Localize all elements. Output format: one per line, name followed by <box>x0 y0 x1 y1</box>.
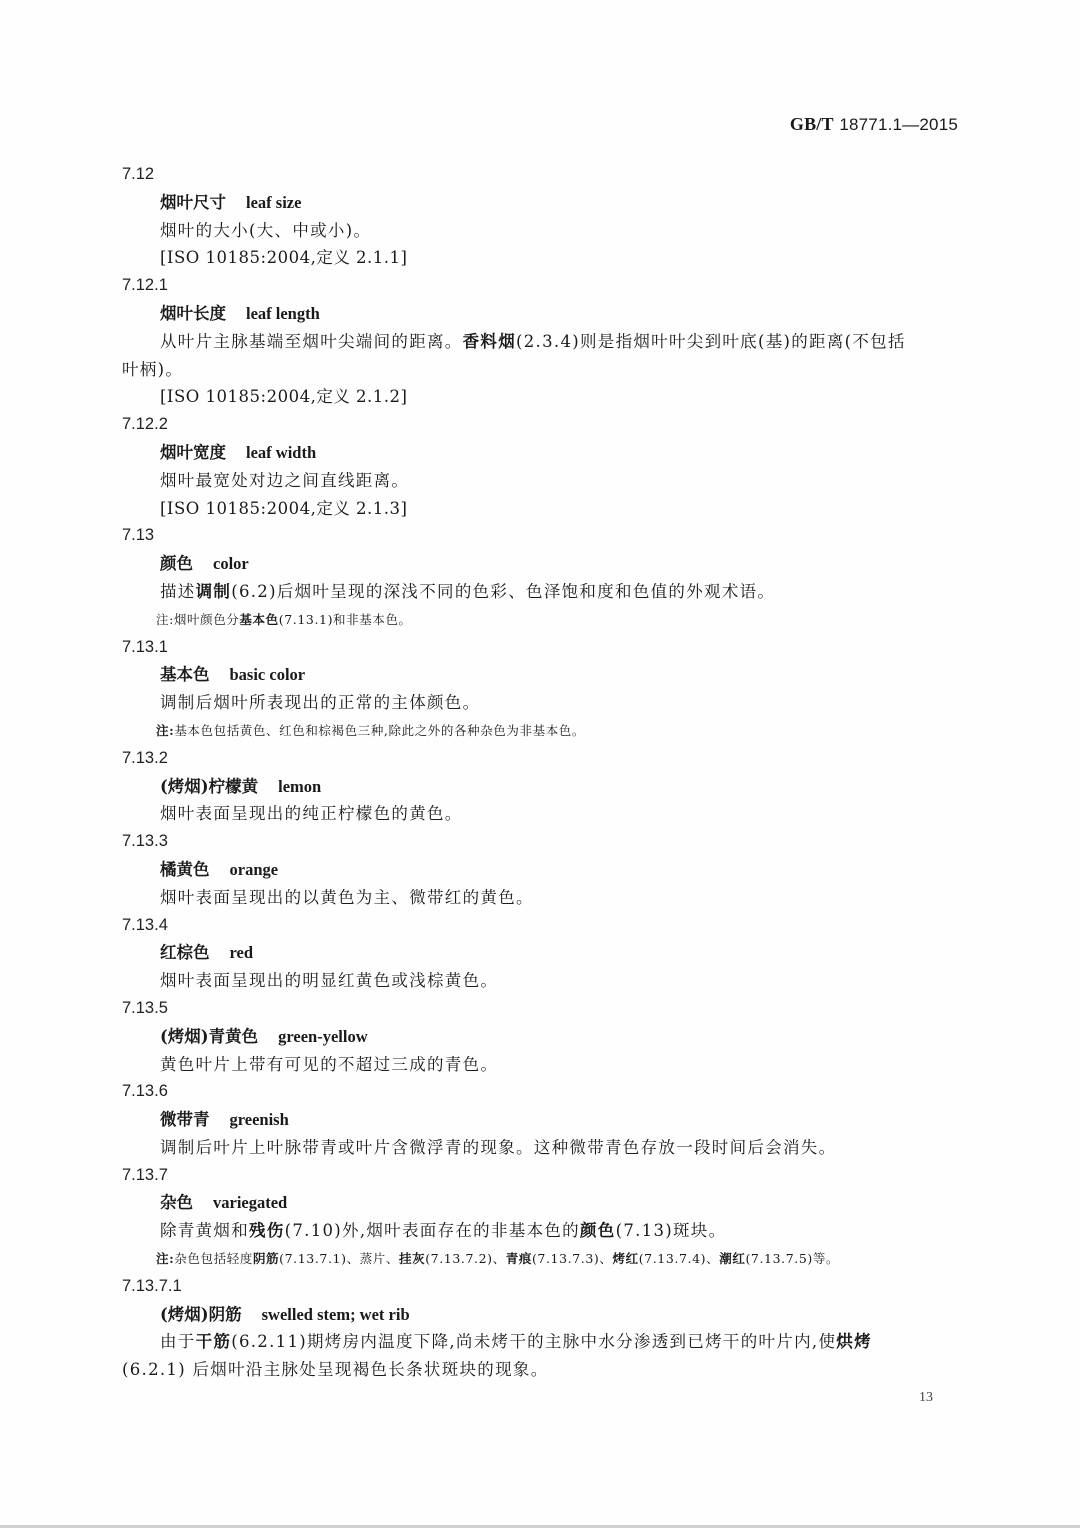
term-zh: 颜色 <box>160 554 193 573</box>
term-zh: 杂色 <box>160 1193 193 1212</box>
term-heading: (烤烟)青黄色green-yellow <box>122 1023 958 1051</box>
definition: 从叶片主脉基端至烟叶尖端间的距离。香料烟(2.3.4)则是指烟叶叶尖到叶底(基)… <box>122 328 958 356</box>
term-en: variegated <box>213 1193 287 1212</box>
term-heading: 微带青greenish <box>122 1106 958 1134</box>
definition-text: (7.13)斑块。 <box>616 1221 727 1240</box>
term-heading: 橘黄色orange <box>122 856 958 884</box>
cross-reference-term: 烤红 <box>612 1251 638 1266</box>
definition-text: (6.2.11)期烤房内温度下降,尚未烤干的主脉中水分渗透到已烤干的叶片内,使 <box>231 1332 836 1351</box>
cross-reference-term: 香料烟 <box>463 332 516 351</box>
term-heading: 基本色basic color <box>122 661 958 689</box>
definition-continuation: 叶柄)。 <box>122 356 958 384</box>
definition: 烟叶表面呈现出的明显红黄色或浅棕黄色。 <box>122 967 958 995</box>
definition-text: 除青黄烟和 <box>160 1221 249 1240</box>
term-heading: 烟叶尺寸leaf size <box>122 189 958 217</box>
definition-text: 从叶片主脉基端至烟叶尖端间的距离。 <box>160 332 463 351</box>
note-text: (7.13.7.5)等。 <box>745 1251 839 1266</box>
standard-prefix: GB/T <box>790 114 834 134</box>
term-en: leaf width <box>246 443 316 462</box>
definition-text: 描述 <box>160 582 196 601</box>
note-label: 注: <box>156 1251 174 1266</box>
term-heading: (烤烟)柠檬黄lemon <box>122 773 958 801</box>
source-reference: [ISO 10185:2004,定义 2.1.1] <box>122 244 958 272</box>
term-zh: 橘黄色 <box>160 860 210 879</box>
definition: 烟叶最宽处对边之间直线距离。 <box>122 467 958 495</box>
section-number: 7.13.2 <box>122 745 958 773</box>
cross-reference-term: 颜色 <box>580 1221 616 1240</box>
source-reference: [ISO 10185:2004,定义 2.1.2] <box>122 383 958 411</box>
cross-reference-term: 阴筋 <box>253 1251 279 1266</box>
section-number: 7.13.7 <box>122 1162 958 1190</box>
standard-number: 18771.1—2015 <box>839 115 958 134</box>
section-number: 7.12.2 <box>122 411 958 439</box>
section-number: 7.13.6 <box>122 1078 958 1106</box>
section-number: 7.13.5 <box>122 995 958 1023</box>
term-heading: (烤烟)阴筋swelled stem; wet rib <box>122 1301 958 1329</box>
section-number: 7.12.1 <box>122 272 958 300</box>
term-zh: 基本色 <box>160 665 210 684</box>
note-text: 基本色包括黄色、红色和棕褐色三种,除此之外的各种杂色为非基本色。 <box>174 723 585 738</box>
term-heading: 红棕色red <box>122 939 958 967</box>
cross-reference-term: 烘烤 <box>836 1332 872 1351</box>
term-zh: 烟叶宽度 <box>160 443 226 462</box>
cross-reference-term: 干筋 <box>196 1332 232 1351</box>
term-en: leaf size <box>246 193 301 212</box>
note-text: (7.13.7.4)、 <box>639 1251 720 1266</box>
definition-text: 由于 <box>160 1332 196 1351</box>
term-en: basic color <box>230 665 306 684</box>
term-zh: (烤烟)阴筋 <box>160 1305 242 1324</box>
term-en: leaf length <box>246 304 320 323</box>
term-heading: 烟叶长度leaf length <box>122 300 958 328</box>
note-text: 注:烟叶颜色分 <box>156 612 239 627</box>
note: 注:杂色包括轻度阴筋(7.13.7.1)、蒸片、挂灰(7.13.7.2)、青痕(… <box>122 1245 958 1273</box>
term-en: color <box>213 554 249 573</box>
cross-reference-term: 基本色 <box>239 612 278 627</box>
document-page: GB/T 18771.1—2015 7.12 烟叶尺寸leaf size 烟叶的… <box>0 0 1080 1525</box>
section-number: 7.13.4 <box>122 912 958 940</box>
term-zh: 红棕色 <box>160 943 210 962</box>
definition: 烟叶表面呈现出的以黄色为主、微带红的黄色。 <box>122 884 958 912</box>
term-zh: 烟叶尺寸 <box>160 193 226 212</box>
definition-text: (7.10)外,烟叶表面存在的非基本色的 <box>285 1221 580 1240</box>
note-text: (7.13.1)和非基本色。 <box>279 612 412 627</box>
page-number: 13 <box>919 1390 933 1406</box>
term-en: greenish <box>230 1110 289 1129</box>
definition: 描述调制(6.2)后烟叶呈现的深浅不同的色彩、色泽饱和度和色值的外观术语。 <box>122 578 958 606</box>
cross-reference-term: 调制 <box>196 582 232 601</box>
definition: 黄色叶片上带有可见的不超过三成的青色。 <box>122 1051 958 1079</box>
term-en: swelled stem; wet rib <box>262 1305 410 1324</box>
source-reference: [ISO 10185:2004,定义 2.1.3] <box>122 495 958 523</box>
note-text: (7.13.7.2)、 <box>425 1251 506 1266</box>
definition: 由于干筋(6.2.11)期烤房内温度下降,尚未烤干的主脉中水分渗透到已烤干的叶片… <box>122 1328 958 1356</box>
cross-reference-term: 潮红 <box>719 1251 745 1266</box>
terms-content: 7.12 烟叶尺寸leaf size 烟叶的大小(大、中或小)。 [ISO 10… <box>122 161 958 1384</box>
definition: 烟叶表面呈现出的纯正柠檬色的黄色。 <box>122 800 958 828</box>
note: 注:烟叶颜色分基本色(7.13.1)和非基本色。 <box>122 606 958 634</box>
term-en: green-yellow <box>278 1027 368 1046</box>
section-number: 7.12 <box>122 161 958 189</box>
term-heading: 颜色color <box>122 550 958 578</box>
note-text: 杂色包括轻度 <box>174 1251 253 1266</box>
note-text: (7.13.7.1)、蒸片、 <box>279 1251 399 1266</box>
term-zh: (烤烟)柠檬黄 <box>160 777 258 796</box>
term-heading: 杂色variegated <box>122 1189 958 1217</box>
note: 注:基本色包括黄色、红色和棕褐色三种,除此之外的各种杂色为非基本色。 <box>122 717 958 745</box>
standard-header: GB/T 18771.1—2015 <box>790 114 958 135</box>
section-number: 7.13.7.1 <box>122 1273 958 1301</box>
definition: 除青黄烟和残伤(7.10)外,烟叶表面存在的非基本色的颜色(7.13)斑块。 <box>122 1217 958 1245</box>
section-number: 7.13.3 <box>122 828 958 856</box>
term-zh: (烤烟)青黄色 <box>160 1027 258 1046</box>
term-zh: 烟叶长度 <box>160 304 226 323</box>
definition-text: (6.2)后烟叶呈现的深浅不同的色彩、色泽饱和度和色值的外观术语。 <box>231 582 775 601</box>
cross-reference-term: 青痕 <box>506 1251 532 1266</box>
section-number: 7.13.1 <box>122 634 958 662</box>
note-text: (7.13.7.3)、 <box>532 1251 613 1266</box>
term-zh: 微带青 <box>160 1110 210 1129</box>
definition: 调制后叶片上叶脉带青或叶片含微浮青的现象。这种微带青色存放一段时间后会消失。 <box>122 1134 958 1162</box>
definition-continuation: (6.2.1) 后烟叶沿主脉处呈现褐色长条状斑块的现象。 <box>122 1356 958 1384</box>
term-en: orange <box>230 860 279 879</box>
definition-text: (2.3.4)则是指烟叶叶尖到叶底(基)的距离(不包括 <box>516 332 906 351</box>
note-label: 注: <box>156 723 174 738</box>
term-en: red <box>230 943 254 962</box>
term-heading: 烟叶宽度leaf width <box>122 439 958 467</box>
term-en: lemon <box>278 777 321 796</box>
section-number: 7.13 <box>122 522 958 550</box>
cross-reference-term: 残伤 <box>249 1221 285 1240</box>
definition: 调制后烟叶所表现出的正常的主体颜色。 <box>122 689 958 717</box>
cross-reference-term: 挂灰 <box>399 1251 425 1266</box>
definition: 烟叶的大小(大、中或小)。 <box>122 217 958 245</box>
